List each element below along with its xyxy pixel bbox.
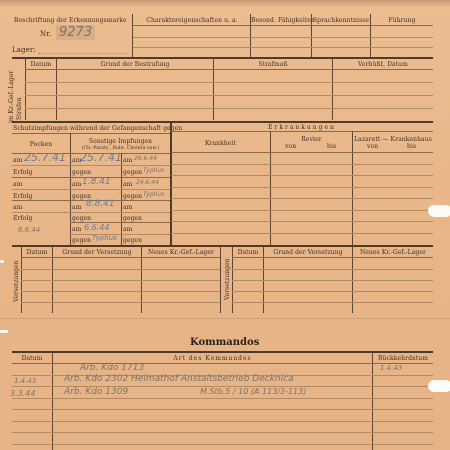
- other2-vacc-against-1: Typhus: [143, 167, 164, 174]
- other-gegen-label: gegen: [72, 215, 91, 222]
- rule: [171, 210, 433, 211]
- rule: [12, 398, 433, 399]
- other2-am-label: am: [123, 157, 132, 164]
- rule: [133, 25, 433, 26]
- section-border: [12, 121, 433, 123]
- rule: [25, 108, 433, 109]
- col-hospital: Lazarett — Krankenhaus: [353, 136, 433, 143]
- rule: [232, 257, 433, 258]
- rule: [21, 291, 220, 292]
- rule: [133, 37, 433, 38]
- col-revier: Revier: [271, 136, 352, 143]
- smallpox-am-label: am: [13, 204, 22, 211]
- tag-number: 9273: [56, 25, 95, 40]
- other-am-label: am: [72, 226, 81, 233]
- rule: [232, 269, 433, 270]
- punch-hole: [428, 205, 450, 217]
- edge-tear: [0, 330, 8, 333]
- rule: [171, 198, 433, 199]
- col-transfer-date-2: Datum: [233, 249, 263, 256]
- other-vacc-against-4: Typhus: [92, 234, 117, 242]
- col-served-date: Verbüßt, Datum: [333, 61, 433, 68]
- rule: [171, 175, 433, 176]
- other2-vacc-date-2: 24.6.44: [136, 179, 159, 186]
- other-am-label: am: [72, 181, 81, 188]
- vaccinations-title: Schutzimpfungen während der Gefangenscha…: [13, 125, 182, 132]
- other-gegen-label: gegen: [72, 169, 91, 176]
- other-vacc-date-2: 1.8.41: [82, 177, 111, 187]
- other2-vacc-against-2: Typhus: [143, 191, 164, 198]
- transfers-side-label-left: Versetzungen: [13, 261, 20, 302]
- col-conduct: Führung: [372, 17, 432, 24]
- col-illness: Krankheit: [171, 140, 270, 147]
- divider: [370, 14, 371, 58]
- section-border: [12, 245, 433, 247]
- rule: [21, 257, 220, 258]
- col-kommando-type: Art des Kommandos: [53, 355, 372, 362]
- rule: [12, 212, 170, 213]
- hospital-to: bis: [407, 143, 416, 150]
- rule: [25, 95, 433, 96]
- col-sentence: Strafmaß: [214, 61, 332, 68]
- kommando-1-return: 1.4.43: [380, 364, 402, 372]
- rule: [171, 164, 433, 165]
- col-transfer-reason-2: Grund der Versetzung: [264, 249, 352, 256]
- other2-am-label: am: [123, 226, 132, 233]
- kommandos-title: Kommandos: [190, 337, 259, 348]
- other-vacc-date-3: 8.8.41: [86, 199, 115, 209]
- rule: [12, 444, 433, 445]
- divider: [352, 131, 353, 245]
- divider: [270, 131, 271, 245]
- rule: [171, 221, 433, 222]
- col-smallpox: Pocken: [12, 141, 70, 148]
- rule: [133, 47, 433, 48]
- rule: [25, 82, 433, 83]
- pow-record-card: Beschriftung der Erkennungsmarke Nr. 927…: [0, 0, 450, 450]
- kommando-2-date: 1.4.43: [14, 377, 36, 385]
- rule: [12, 363, 433, 364]
- kommando-3-date: 3.3.44: [10, 389, 35, 398]
- col-new-camp: Neues Kr.-Gef.-Lager: [142, 249, 220, 256]
- col-return-date: Rückkehrdatum: [373, 355, 433, 362]
- hospital-from: von: [367, 143, 378, 150]
- nr-label: Nr.: [40, 31, 51, 38]
- divider: [121, 153, 122, 245]
- top-edge-shadow: [0, 0, 450, 8]
- kommando-3-extra: M.Stb.5 / 10 (A 113/3-113): [200, 387, 306, 396]
- other-am-label: am: [72, 204, 81, 211]
- kommando-1-text: Arb. Kdo 1713: [80, 363, 144, 373]
- smallpox-erfolg-label: Erfolg: [13, 215, 32, 222]
- rule: [171, 233, 433, 234]
- smallpox-am-label: am: [13, 157, 22, 164]
- col-transfer-date: Datum: [22, 249, 52, 256]
- rule: [171, 187, 433, 188]
- col-abilities: Besond. Fähigkeiten: [251, 17, 311, 24]
- camp-label: Lager:: [12, 47, 36, 54]
- smallpox-erfolg-label: Erfolg: [13, 193, 32, 200]
- rule: [12, 165, 170, 166]
- rule: [232, 280, 433, 281]
- punishments-side-label-1: Strafen: [16, 97, 23, 120]
- punch-hole: [428, 380, 450, 392]
- rule: [21, 280, 220, 281]
- smallpox-date-1: 25.7.41: [24, 151, 66, 164]
- col-languages: Sprachkenntnisse: [312, 17, 370, 24]
- other-gegen-label: gegen: [72, 237, 91, 244]
- smallpox-am-label: am: [13, 181, 22, 188]
- col-kommando-date: Datum: [12, 355, 52, 362]
- punishments-side-label-2: im Kr.-Gef.-Lager: [8, 71, 15, 123]
- rule: [70, 234, 170, 235]
- revier-to: bis: [327, 143, 336, 150]
- rule: [232, 291, 433, 292]
- other2-vacc-date-1: 26.6.44: [134, 155, 157, 162]
- other2-am-label: am: [123, 204, 132, 211]
- rule: [12, 409, 433, 410]
- rule: [232, 302, 433, 303]
- other2-gegen-label: gegen: [123, 237, 142, 244]
- rule: [21, 269, 220, 270]
- section-border: [12, 57, 433, 59]
- other2-gegen-label: gegen: [123, 193, 142, 200]
- col-new-camp-2: Neues Kr.-Gef.-Lager: [353, 249, 433, 256]
- other-vacc-date-4: 6.6.44: [84, 223, 109, 232]
- kommando-2-text: Arb. Kdo 2302 Heimathof Anstaltsbetrieb …: [64, 374, 294, 384]
- other2-gegen-label: gegen: [123, 169, 142, 176]
- section-border: [12, 351, 433, 353]
- rule: [171, 131, 433, 132]
- transfers-side-label-right: Versetzungen: [224, 259, 231, 300]
- rule: [12, 189, 170, 190]
- revier-from: von: [285, 143, 296, 150]
- smallpox-extra-date: 6.6.44: [18, 226, 40, 234]
- rule: [25, 69, 433, 70]
- illnesses-title: Erkrankungen: [171, 124, 433, 131]
- edge-tear: [0, 260, 4, 263]
- col-punishment-reason: Grund der Bestrafung: [57, 61, 213, 68]
- rule: [171, 152, 433, 153]
- col-date: Datum: [26, 61, 56, 68]
- rule: [21, 302, 220, 303]
- divider: [220, 246, 221, 313]
- fold-line: [0, 318, 450, 319]
- rule: [12, 432, 433, 433]
- col-transfer-reason: Grund der Versetzung: [53, 249, 141, 256]
- other-vacc-date-1: 25.7.41: [80, 151, 122, 164]
- smallpox-erfolg-label: Erfolg: [13, 169, 32, 176]
- other2-am-label: am: [123, 181, 132, 188]
- rule: [12, 421, 433, 422]
- divider: [52, 352, 53, 450]
- other2-gegen-label: gegen: [123, 215, 142, 222]
- tag-label: Beschriftung der Erkennungsmarke: [14, 17, 126, 24]
- col-other-vacc: Sonstige Impfungen: [71, 138, 170, 145]
- rule: [12, 133, 170, 134]
- col-character: Charaktereigenschaften u. a.: [134, 17, 250, 24]
- divider: [372, 352, 373, 450]
- camp-dotted-line: [38, 53, 128, 54]
- kommando-3-text: Arb. Kdo 1309: [64, 387, 128, 397]
- divider: [132, 14, 133, 58]
